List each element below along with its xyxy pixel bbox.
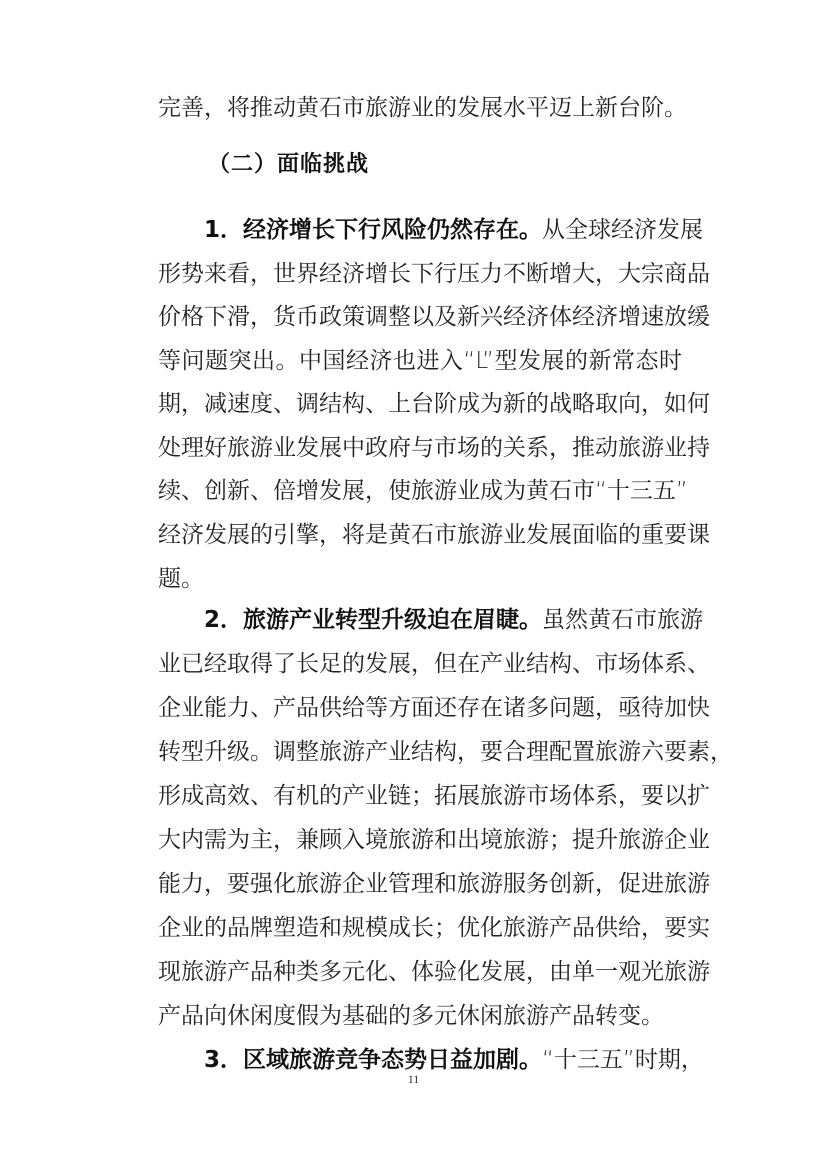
- paragraph-line: 等问题突出。中国经济也进入“L”型发展的新常态时: [158, 339, 682, 383]
- paragraph-line: 企业的品牌塑造和规模成长；优化旅游产品供给，要实: [158, 906, 682, 950]
- paragraph-2-first-line: 2．旅游产业转型升级迫在眉睫。虽然黄石市旅游: [204, 598, 682, 642]
- paragraph-1-lead: 1．经济增长下行风险仍然存在。: [204, 217, 542, 243]
- paragraph-line: 企业能力、产品供给等方面还存在诸多问题，亟待加快: [158, 686, 682, 730]
- paragraph-line: 价格下滑，货币政策调整以及新兴经济体经济增速放缓: [158, 295, 682, 339]
- paragraph-line: 产品向休闲度假为基础的多元休闲旅游产品转变。: [158, 994, 682, 1038]
- paragraph-line: 处理好旅游业发展中政府与市场的关系，推动旅游业持: [158, 426, 682, 470]
- intro-line: 完善，将推动黄石市旅游业的发展水平迈上新台阶。: [158, 86, 682, 130]
- paragraph-line: 大内需为主，兼顾入境旅游和出境旅游；提升旅游企业: [158, 818, 682, 862]
- paragraph-line: 业已经取得了长足的发展，但在产业结构、市场体系、: [158, 642, 682, 686]
- paragraph-line: 续、创新、倍增发展，使旅游业成为黄石市“十三五”: [158, 469, 682, 513]
- paragraph-2-lead: 2．旅游产业转型升级迫在眉睫。: [204, 607, 542, 633]
- document-page: 完善，将推动黄石市旅游业的发展水平迈上新台阶。 （二）面临挑战 1．经济增长下行…: [0, 0, 827, 1169]
- paragraph-3-lead: 3．区域旅游竞争态势日益加剧。: [204, 1047, 542, 1073]
- section-heading: （二）面临挑战: [208, 147, 369, 178]
- paragraph-line: 能力，要强化旅游企业管理和旅游服务创新，促进旅游: [158, 862, 682, 906]
- paragraph-line: 转型升级。调整旅游产业结构，要合理配置旅游六要素，: [158, 730, 682, 774]
- paragraph-1-first-line: 1．经济增长下行风险仍然存在。从全球经济发展: [204, 208, 682, 252]
- paragraph-line: 期，减速度、调结构、上台阶成为新的战略取向，如何: [158, 382, 682, 426]
- page-number: 11: [0, 1072, 827, 1087]
- paragraph-1-first-rest: 从全球经济发展: [542, 217, 703, 243]
- paragraph-line: 形成高效、有机的产业链；拓展旅游市场体系，要以扩: [158, 774, 682, 818]
- paragraph-line: 形势来看，世界经济增长下行压力不断增大，大宗商品: [158, 252, 682, 296]
- paragraph-line: 现旅游产品种类多元化、体验化发展，由单一观光旅游: [158, 950, 682, 994]
- paragraph-line: 题。: [158, 557, 682, 601]
- paragraph-3-first-rest: “十三五”时期，: [542, 1047, 704, 1073]
- paragraph-line: 经济发展的引擎，将是黄石市旅游业发展面临的重要课: [158, 513, 682, 557]
- paragraph-2-first-rest: 虽然黄石市旅游: [542, 607, 703, 633]
